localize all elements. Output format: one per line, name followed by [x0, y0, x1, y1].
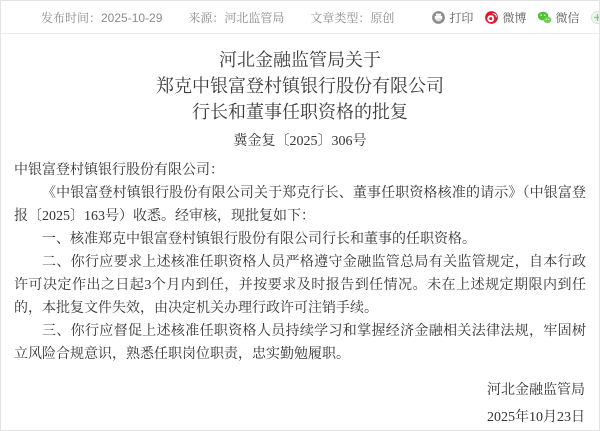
document-title-line-2: 郑克中银富登村镇银行股份有限公司	[1, 73, 599, 99]
wechat-share-button[interactable]: 微信	[537, 9, 579, 26]
signature-block: 河北金融监管局 2025年10月23日	[1, 377, 599, 431]
publish-time: 发布时间：2025-10-29	[41, 9, 162, 26]
paragraph-item-1: 一、核准郑克中银富登村镇银行股份有限公司行长和董事的任职资格。	[14, 228, 586, 251]
document-title-line-3: 行长和董事任职资格的批复	[1, 99, 599, 125]
salutation: 中银富登村镇银行股份有限公司：	[14, 159, 586, 182]
weibo-label: 微博	[502, 9, 526, 26]
article-source: 来源：河北监管局	[188, 9, 284, 26]
print-button[interactable]: 打印	[431, 9, 473, 26]
printer-icon	[431, 10, 446, 25]
more-share-button[interactable]: 更多	[590, 9, 600, 26]
print-label: 打印	[449, 9, 473, 26]
paragraph-item-3: 三、你行应督促上述核准任职资格人员持续学习和掌握经济金融相关法律法规，牢固树立风…	[14, 320, 586, 366]
signature-org: 河北金融监管局	[1, 377, 585, 404]
wechat-label: 微信	[555, 9, 579, 26]
document-body: 中银富登村镇银行股份有限公司： 《中银富登村镇银行股份有限公司关于郑克行长、董事…	[1, 150, 599, 366]
meta-bar: 发布时间：2025-10-29 来源：河北监管局 文章类型：原创 打印 微博	[1, 1, 599, 34]
document-title: 河北金融监管局关于 郑克中银富登村镇银行股份有限公司 行长和董事任职资格的批复	[1, 47, 599, 125]
paragraph-item-2: 二、你行应要求上述核准任职资格人员严格遵守金融监管总局有关监管规定，自本行政许可…	[14, 251, 586, 320]
signature-date: 2025年10月23日	[1, 404, 585, 431]
article-type: 文章类型：原创	[310, 9, 394, 26]
document-title-line-1: 河北金融监管局关于	[1, 47, 599, 73]
weibo-share-button[interactable]: 微博	[484, 9, 526, 26]
more-icon	[590, 10, 600, 25]
article-page: 发布时间：2025-10-29 来源：河北监管局 文章类型：原创 打印 微博	[0, 0, 600, 431]
weibo-icon	[484, 10, 499, 25]
paragraph-intro: 《中银富登村镇银行股份有限公司关于郑克行长、董事任职资格核准的请示》（中银富登报…	[14, 182, 586, 228]
document-number: 冀金复〔2025〕306号	[1, 130, 599, 150]
wechat-icon	[537, 10, 552, 25]
